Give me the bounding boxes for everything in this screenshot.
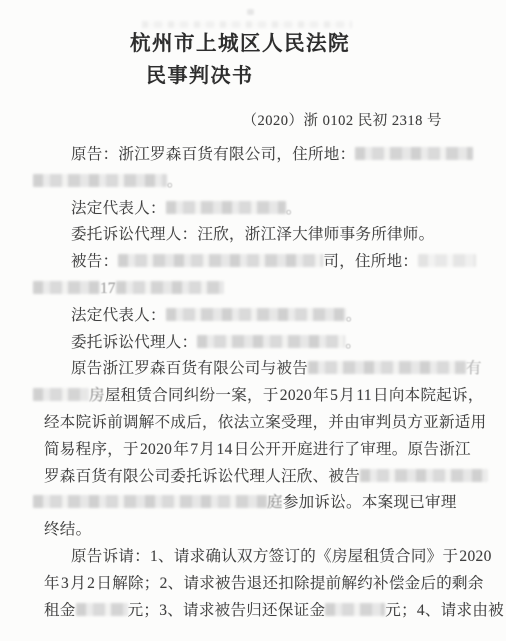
procedure-text: 屋租赁合同纠纷一案，于 2020 年 5 月 11 日向本院起诉， — [105, 387, 484, 404]
claims-text: 年 3 月 2 日解除；2、请求被告退还扣除提前解约补偿金后的剩余 — [44, 575, 484, 592]
redacted-text — [33, 495, 267, 508]
procedure-text: 罗森百货有限公司委托诉讼代理人汪欣、被告 — [44, 468, 360, 485]
legal-rep-label: 法定代表人： — [71, 307, 166, 324]
plaintiff-text: 原告：浙江罗森百货有限公司，住所地： — [71, 146, 355, 163]
address-tail: 。 — [167, 173, 183, 190]
claims-text: 租金 — [44, 602, 76, 619]
procedure-line-1: 原告浙江罗森百货有限公司与被告有 — [44, 356, 492, 383]
procedure-line-3: 经本院诉前调解不成后，依法立案受理，并由审判员方亚新适用 — [44, 410, 492, 437]
defendant-label: 被告： — [71, 253, 118, 270]
plaintiff-address-line: 。 — [33, 169, 492, 196]
redacted-text — [360, 469, 488, 482]
claims-text: 元；4、请求由被 — [385, 602, 504, 619]
faded-char: 庭 — [267, 494, 283, 511]
procedure-text: 参加诉讼。本案现已审理 — [283, 494, 457, 511]
procedure-line-5: 罗森百货有限公司委托诉讼代理人汪欣、被告 — [44, 464, 492, 491]
line-tail: 。 — [345, 334, 361, 351]
procedure-text: 原告浙江罗森百货有限公司与被告 — [71, 360, 308, 377]
address-fragment: 17 — [100, 280, 116, 297]
plaintiff-legal-rep-line: 法定代表人：。 — [44, 196, 492, 223]
defendant-attorney-line: 委托诉讼代理人：。 — [44, 330, 492, 357]
faded-char: 有 — [466, 360, 482, 377]
defendant-mid-text: 司，住所地： — [323, 253, 418, 270]
line-tail: 。 — [286, 200, 302, 217]
judgment-document-page: 杭州市上城区人民法院 民事判决书 （2020）浙 0102 民初 2318 号 … — [0, 0, 506, 641]
defendant-legal-rep-line: 法定代表人：。 — [44, 303, 492, 330]
faded-char: 房 — [89, 387, 105, 404]
procedure-text: 终结。 — [44, 521, 91, 538]
document-title: 民事判决书 — [146, 59, 254, 88]
procedure-text: 简易程序，于 2020 年 7 月 14 日公开开庭进行了审理。原告浙江 — [44, 441, 471, 458]
scan-speck — [247, 9, 254, 15]
procedure-line-7: 终结。 — [44, 517, 492, 544]
redacted-text — [325, 603, 385, 616]
redacted-text — [355, 147, 473, 160]
defendant-line: 被告：司，住所地： — [44, 249, 492, 276]
redacted-text — [118, 254, 323, 267]
plaintiff-attorney-line: 委托诉讼代理人：汪欣，浙江泽大律师事务所律师。 — [44, 222, 492, 249]
redacted-text — [33, 388, 89, 401]
redacted-text — [166, 308, 346, 321]
document-body: 原告：浙江罗森百货有限公司，住所地： 。 法定代表人：。 委托诉讼代理人：汪欣，… — [44, 142, 492, 624]
redacted-text — [418, 254, 476, 267]
redacted-text — [76, 603, 128, 616]
attorney-text: 委托诉讼代理人：汪欣，浙江泽大律师事务所律师。 — [71, 226, 434, 243]
claims-line-1: 原告诉请：1、请求确认双方签订的《房屋租赁合同》于 2020 — [44, 544, 492, 571]
redacted-text — [116, 281, 224, 294]
claims-line-3: 租金元；3、请求被告归还保证金元；4、请求由被 — [44, 598, 492, 625]
redacted-text — [308, 361, 466, 374]
defendant-address-line: 17 — [33, 276, 492, 303]
court-name: 杭州市上城区人民法院 — [0, 26, 480, 56]
procedure-line-2: 房屋租赁合同纠纷一案，于 2020 年 5 月 11 日向本院起诉， — [33, 383, 492, 410]
case-number: （2020）浙 0102 民初 2318 号 — [0, 109, 442, 130]
redacted-text — [166, 201, 286, 214]
redacted-text — [33, 281, 100, 294]
legal-rep-label: 法定代表人： — [71, 200, 166, 217]
procedure-text: 经本院诉前调解不成后，依法立案受理，并由审判员方亚新适用 — [44, 414, 486, 431]
attorney-label: 委托诉讼代理人： — [71, 334, 197, 351]
procedure-line-6: 庭参加诉讼。本案现已审理 — [33, 490, 492, 517]
claims-text: 元；3、请求被告归还保证金 — [128, 602, 326, 619]
procedure-line-4: 简易程序，于 2020 年 7 月 14 日公开开庭进行了审理。原告浙江 — [44, 437, 492, 464]
claims-line-2: 年 3 月 2 日解除；2、请求被告退还扣除提前解约补偿金后的剩余 — [44, 571, 492, 598]
redacted-text — [197, 335, 345, 348]
redacted-text — [33, 174, 167, 187]
plaintiff-line: 原告：浙江罗森百货有限公司，住所地： — [44, 142, 492, 169]
line-tail: 。 — [346, 307, 362, 324]
claims-text: 原告诉请：1、请求确认双方签订的《房屋租赁合同》于 2020 — [71, 548, 492, 565]
